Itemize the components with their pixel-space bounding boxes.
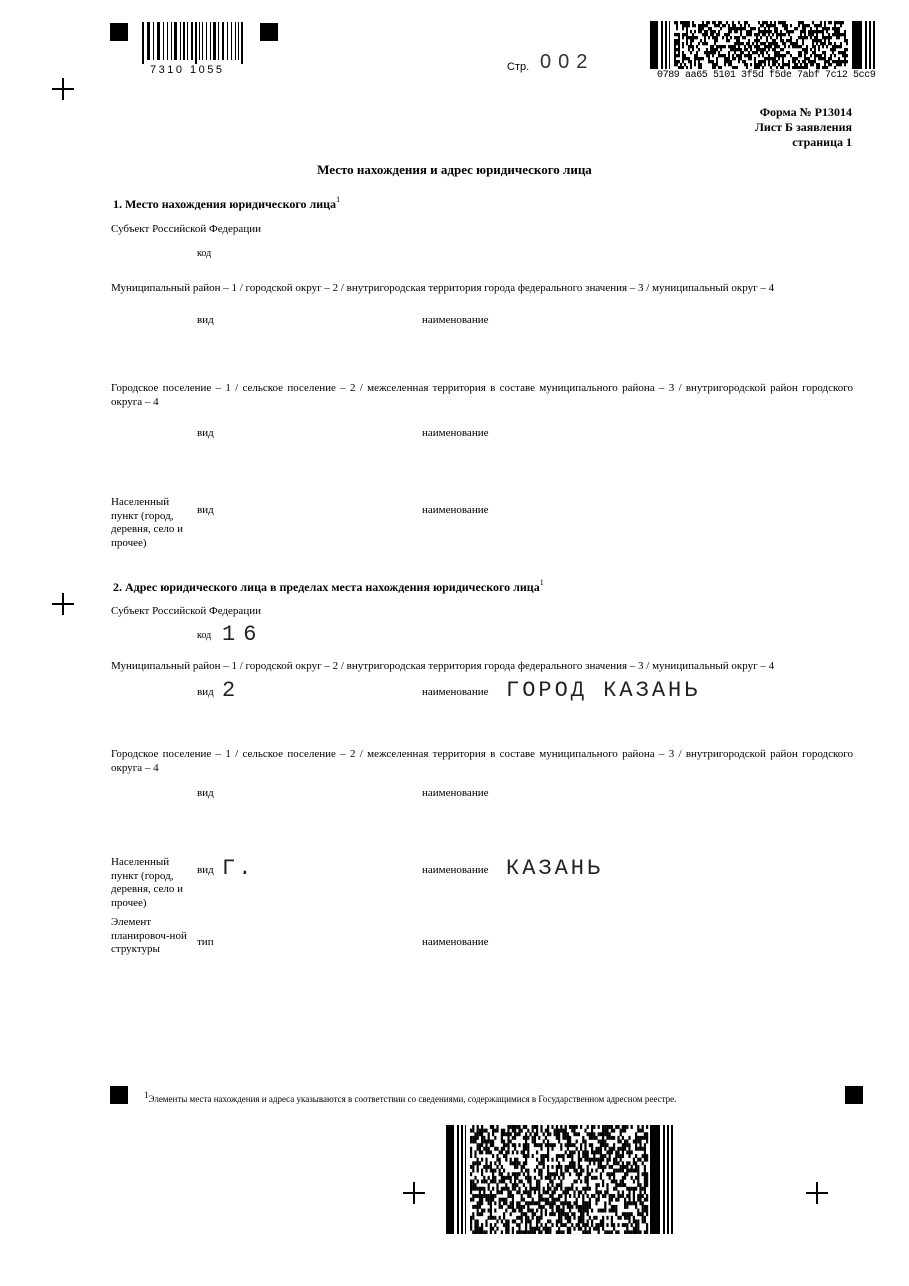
- hash-code: 0789 aa65 5101 3f5d f5de 7abf 7c12 5cc9: [657, 70, 875, 81]
- page-title: Место нахождения и адрес юридического ли…: [0, 162, 909, 178]
- form-header: Форма № Р13014 Лист Б заявления страница…: [755, 105, 852, 150]
- s2-planning-name-label: наименование: [422, 936, 488, 948]
- section1-heading: 1. Место нахождения юридического лица1: [113, 195, 340, 212]
- s1-code-label: код: [197, 248, 211, 259]
- section1-heading-text: 1. Место нахождения юридического лица: [113, 197, 336, 211]
- form-sheet: Лист Б заявления: [755, 120, 852, 135]
- s2-municipal-label: Муниципальный район – 1 / городской окру…: [111, 660, 774, 672]
- page-label: Стр.: [507, 61, 529, 73]
- s1-locality-label: Населенный пункт (город, деревня, село и…: [111, 496, 187, 550]
- s1-settlement-name-label: наименование: [422, 427, 488, 439]
- corner-marker-bottom-left: [110, 1086, 128, 1104]
- s2-planning-type-label: тип: [197, 936, 214, 948]
- s1-municipal-label: Муниципальный район – 1 / городской окру…: [111, 282, 774, 294]
- s2-code-field[interactable]: 16: [222, 622, 264, 647]
- s2-municipal-type-label: вид: [197, 686, 214, 698]
- footnote-ref: 1: [540, 578, 544, 587]
- corner-marker-top-mid: [260, 23, 278, 41]
- s2-planning-label: Элемент планировоч-ной структуры: [111, 916, 191, 957]
- s2-code-label: код: [197, 630, 211, 641]
- s2-settlement-type-label: вид: [197, 787, 214, 799]
- crosshair-mark-icon: [403, 1182, 425, 1204]
- s1-locality-type-label: вид: [197, 504, 214, 516]
- s2-settlement-label: Городское поселение – 1 / сельское посел…: [111, 748, 853, 775]
- s1-municipal-name-label: наименование: [422, 314, 488, 326]
- s2-municipal-name-field[interactable]: ГОРОД КАЗАНЬ: [506, 678, 700, 703]
- form-sheet-page: страница 1: [755, 135, 852, 150]
- s2-municipal-type-field[interactable]: 2: [222, 678, 238, 703]
- section2-heading-text: 2. Адрес юридического лица в пределах ме…: [113, 580, 540, 594]
- s1-municipal-type-label: вид: [197, 314, 214, 326]
- s2-locality-label: Населенный пункт (город, деревня, село и…: [111, 856, 187, 910]
- s2-subject-label: Субъект Российской Федерации: [111, 605, 261, 617]
- pdf417-barcode-top: [650, 21, 876, 69]
- corner-marker-bottom-right: [845, 1086, 863, 1104]
- barcode-number: 7310 1055: [150, 64, 225, 76]
- s1-subject-label: Субъект Российской Федерации: [111, 223, 261, 235]
- footnote-text: Элементы места нахождения и адреса указы…: [149, 1094, 677, 1104]
- linear-barcode: [142, 22, 246, 64]
- s1-settlement-label: Городское поселение – 1 / сельское посел…: [111, 382, 853, 409]
- s2-locality-name-label: наименование: [422, 864, 488, 876]
- s2-locality-type-field[interactable]: Г.: [222, 856, 254, 881]
- s2-locality-type-label: вид: [197, 864, 214, 876]
- footnote-ref: 1: [336, 195, 340, 204]
- s2-settlement-name-label: наименование: [422, 787, 488, 799]
- pdf417-barcode-bottom: [446, 1125, 674, 1234]
- s2-municipal-name-label: наименование: [422, 686, 488, 698]
- crosshair-mark-icon: [52, 78, 74, 100]
- footnote: 1Элементы места нахождения и адреса указ…: [144, 1090, 676, 1104]
- crosshair-mark-icon: [806, 1182, 828, 1204]
- section2-heading: 2. Адрес юридического лица в пределах ме…: [113, 578, 544, 595]
- corner-marker-top-left: [110, 23, 128, 41]
- crosshair-mark-icon: [52, 593, 74, 615]
- page-number: 002: [540, 51, 594, 74]
- s2-locality-name-field[interactable]: КАЗАНЬ: [506, 856, 603, 881]
- s1-settlement-type-label: вид: [197, 427, 214, 439]
- s1-locality-name-label: наименование: [422, 504, 488, 516]
- form-number: Форма № Р13014: [755, 105, 852, 120]
